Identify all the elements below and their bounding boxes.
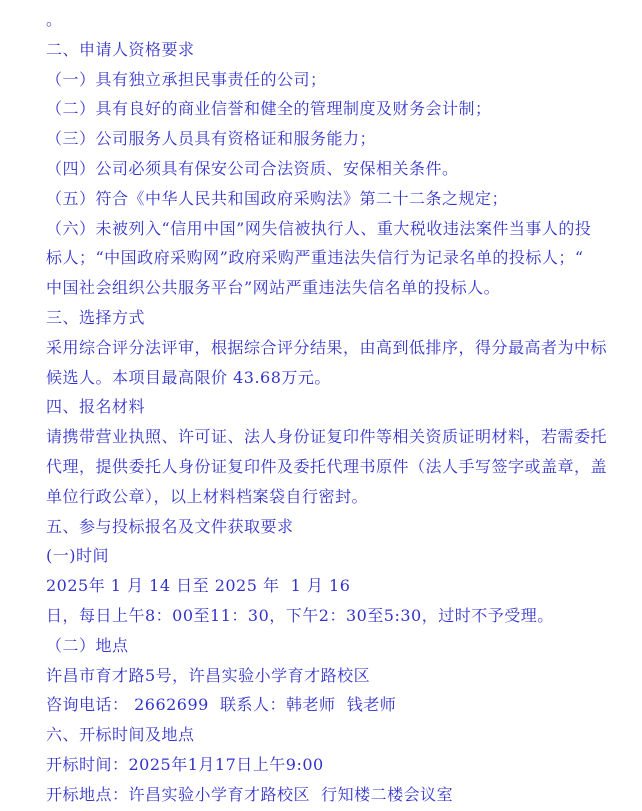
registration-materials-line-1: 请携带营业执照、许可证、法人身份证复印件等相关资质证明材料，若需委托 — [46, 422, 628, 452]
selection-method-line-2-max-price: 候选人。本项目最高限价 43.68万元。 — [46, 363, 628, 393]
heading-section-6-bid-opening: 六、开标时间及地点 — [46, 720, 628, 750]
qualification-item-6-line-2: 标人；“中国政府采购网”政府采购严重违法失信行为记录名单的投标人；“ — [46, 243, 628, 273]
bid-opening-location: 开标地点：许昌实验小学育才路校区 行知楼二楼会议室 — [46, 780, 628, 810]
qualification-item-3: （三）公司服务人员具有资格证和服务能力； — [46, 124, 628, 154]
heading-section-2-applicant-qualifications: 二、申请人资格要求 — [46, 35, 628, 65]
qualification-item-1: （一）具有独立承担民事责任的公司； — [46, 65, 628, 95]
registration-address: 许昌市育才路5号，许昌实验小学育才路校区 — [46, 661, 628, 691]
subheading-time: (一)时间 — [46, 541, 628, 571]
qualification-item-6-line-1: （六）未被列入“信用中国”网失信被执行人、重大税收违法案件当事人的投 — [46, 214, 628, 244]
registration-materials-line-2: 代理，提供委托人身份证复印件及委托代理书原件（法人手写签字或盖章，盖 — [46, 452, 628, 482]
bid-opening-time: 开标时间：2025年1月17日上午9:00 — [46, 750, 628, 780]
qualification-item-4: （四）公司必须具有保安公司合法资质、安保相关条件。 — [46, 154, 628, 184]
previous-paragraph-end: 。 — [46, 5, 628, 35]
subheading-location: （二）地点 — [46, 631, 628, 661]
qualification-item-6-line-3: 中国社会组织公共服务平台”网站严重违法失信名单的投标人。 — [46, 273, 628, 303]
heading-section-4-registration-materials: 四、报名材料 — [46, 392, 628, 422]
document-page: 。 二、申请人资格要求 （一）具有独立承担民事责任的公司； （二）具有良好的商业… — [0, 0, 642, 811]
qualification-item-5: （五）符合《中华人民共和国政府采购法》第二十二条之规定； — [46, 184, 628, 214]
registration-daily-hours: 日，每日上午8：00至11：30，下午2：30至5:30，过时不予受理。 — [46, 601, 628, 631]
heading-section-3-selection-method: 三、选择方式 — [46, 303, 628, 333]
heading-section-5-bid-registration-requirements: 五、参与投标报名及文件获取要求 — [46, 512, 628, 542]
registration-materials-line-3: 单位行政公章），以上材料档案袋自行密封。 — [46, 482, 628, 512]
contact-info: 咨询电话： 2662699 联系人：韩老师 钱老师 — [46, 690, 628, 720]
registration-date-range: 2025年 1 月 14 日至 2025 年 1 月 16 — [46, 571, 628, 601]
selection-method-line-1: 采用综合评分法评审，根据综合评分结果，由高到低排序，得分最高者为中标 — [46, 333, 628, 363]
qualification-item-2: （二）具有良好的商业信誉和健全的管理制度及财务会计制； — [46, 94, 628, 124]
